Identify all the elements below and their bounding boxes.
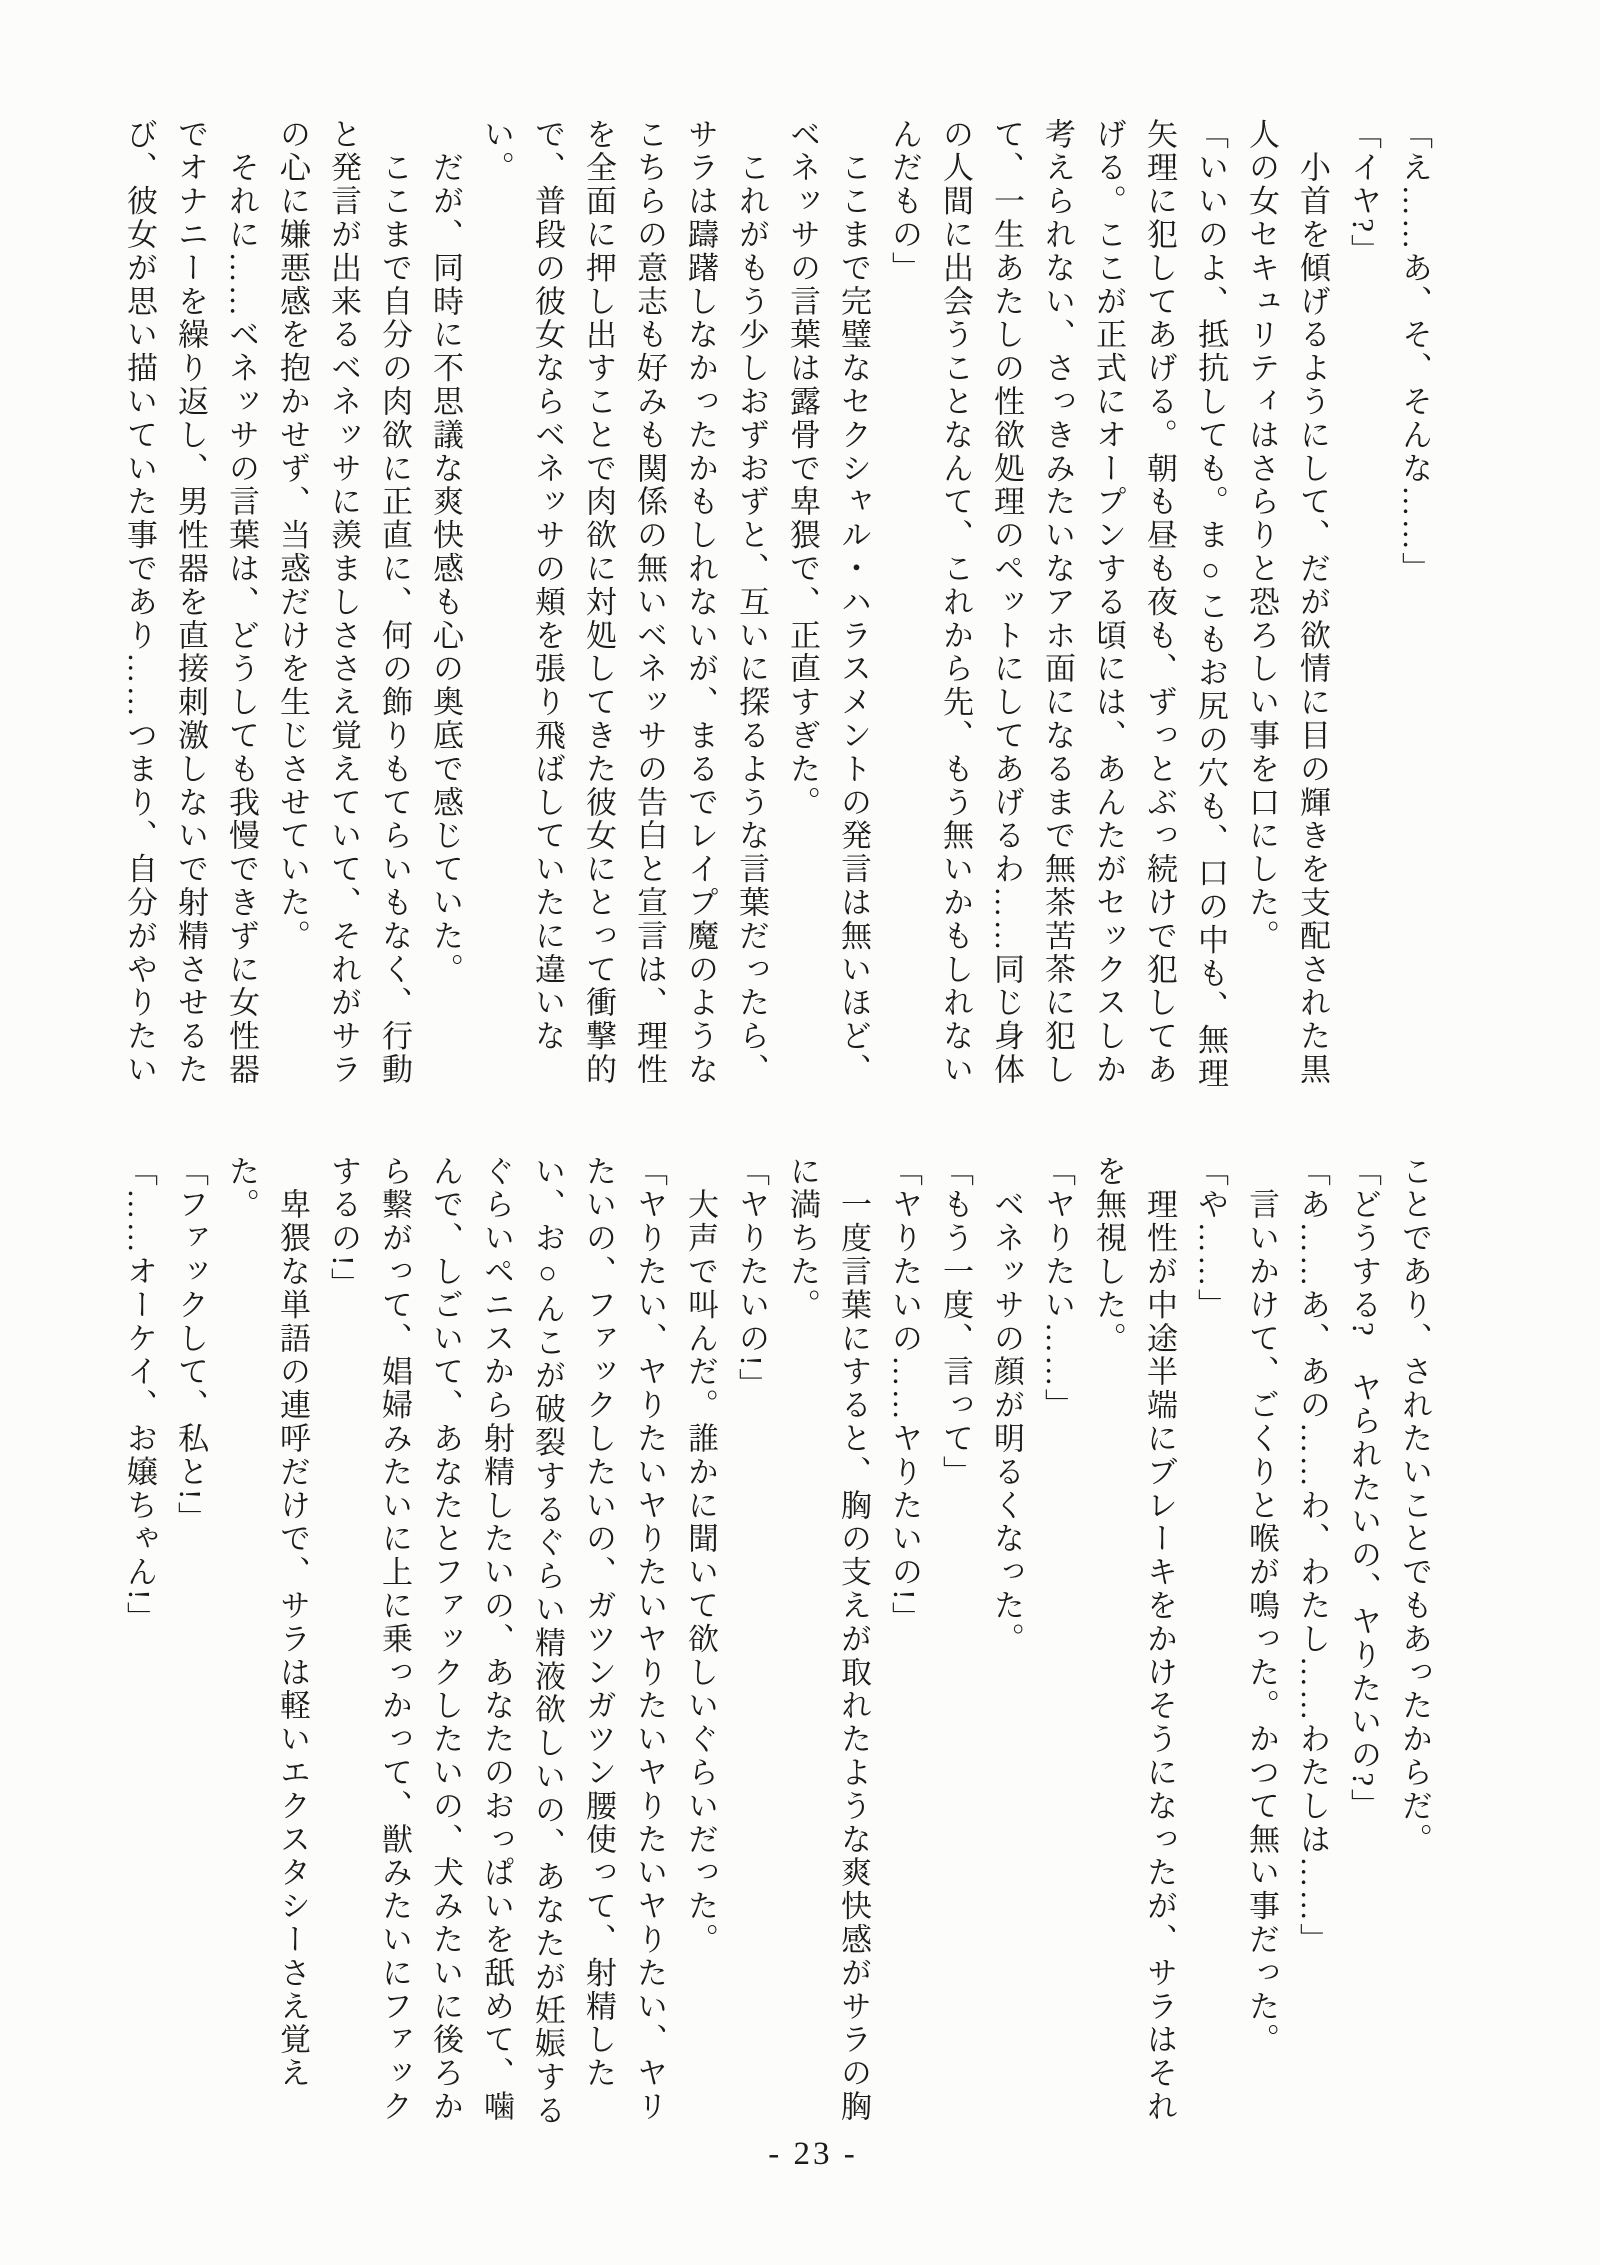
paragraph: 卑猥な単語の連呼だけで、サラは軽いエクスタシーさえ覚えた。: [216, 1155, 318, 2131]
paragraph: 一度言葉にすると、胸の支えが取れたような爽快感がサラの胸に満ちた。: [777, 1155, 879, 2131]
paragraph: ここまで完璧なセクシャル・ハラスメントの発言は無いほど、ベネッサの言葉は露骨で卑…: [777, 118, 879, 1094]
paragraph: 「ヤりたいの!」: [726, 1155, 777, 2131]
paragraph: 「ヤりたい……」: [1032, 1155, 1083, 2131]
paragraph: ここまで自分の肉欲に正直に、何の飾りもてらいもなく、行動と発言が出来るベネッサに…: [267, 118, 420, 1094]
paragraph: 「ファックして、私と!」: [165, 1155, 216, 2131]
paragraph: 「もう一度、言って」: [930, 1155, 981, 2131]
scanned-page: 「え……あ、そ、そんな……」「イヤ?」 小首を傾げるようにして、だが欲情に目の輝…: [0, 0, 1600, 2265]
paragraph: これがもう少しおずおずと、互いに探るような言葉だったら、サラは躊躇しなかったかも…: [471, 118, 777, 1094]
paragraph: 「イヤ?」: [1338, 118, 1389, 1094]
paragraph: 「あ……あ、あの……わ、わたし……わたしは……」: [1287, 1155, 1338, 2131]
paragraph: 大声で叫んだ。誰かに聞いて欲しいぐらいだった。: [675, 1155, 726, 2131]
paragraph: 小首を傾げるようにして、だが欲情に目の輝きを支配された黒人の女セキュリティはさら…: [1236, 118, 1338, 1094]
upper-text-block: 「え……あ、そ、そんな……」「イヤ?」 小首を傾げるようにして、だが欲情に目の輝…: [114, 118, 1440, 1094]
paragraph: 「ヤりたい、ヤりたいヤりたいヤりたいヤりたいヤりたい、ヤリたいの、ファックしたい…: [318, 1155, 675, 2131]
paragraph: それに……ベネッサの言葉は、どうしても我慢できずに女性器でオナニーを繰り返し、男…: [114, 118, 267, 1094]
paragraph: ことであり、されたいことでもあったからだ。: [1389, 1155, 1440, 2131]
paragraph: 言いかけて、ごくりと喉が鳴った。かつて無い事だった。: [1236, 1155, 1287, 2131]
paragraph: 「どうする? ヤられたいの、ヤりたいの?」: [1338, 1155, 1389, 2131]
paragraph: 「え……あ、そ、そんな……」: [1389, 118, 1440, 1094]
paragraph: 理性が中途半端にブレーキをかけそうになったが、サラはそれを無視した。: [1083, 1155, 1185, 2131]
paragraph: ベネッサの顔が明るくなった。: [981, 1155, 1032, 2131]
paragraph: 「いいのよ、抵抗しても。ま○こもお尻の穴も、口の中も、無理矢理に犯してあげる。朝…: [879, 118, 1236, 1094]
paragraph: 「ヤりたいの……ヤりたいの!」: [879, 1155, 930, 2131]
lower-text-block: ことであり、されたいことでもあったからだ。「どうする? ヤられたいの、ヤりたいの…: [114, 1155, 1440, 2131]
paragraph: 「……オーケイ、お嬢ちゃん!」: [114, 1155, 165, 2131]
paragraph: だが、同時に不思議な爽快感も心の奥底で感じていた。: [420, 118, 471, 1094]
page-number: - 23 -: [713, 2136, 913, 2173]
paragraph: 「や……」: [1185, 1155, 1236, 2131]
